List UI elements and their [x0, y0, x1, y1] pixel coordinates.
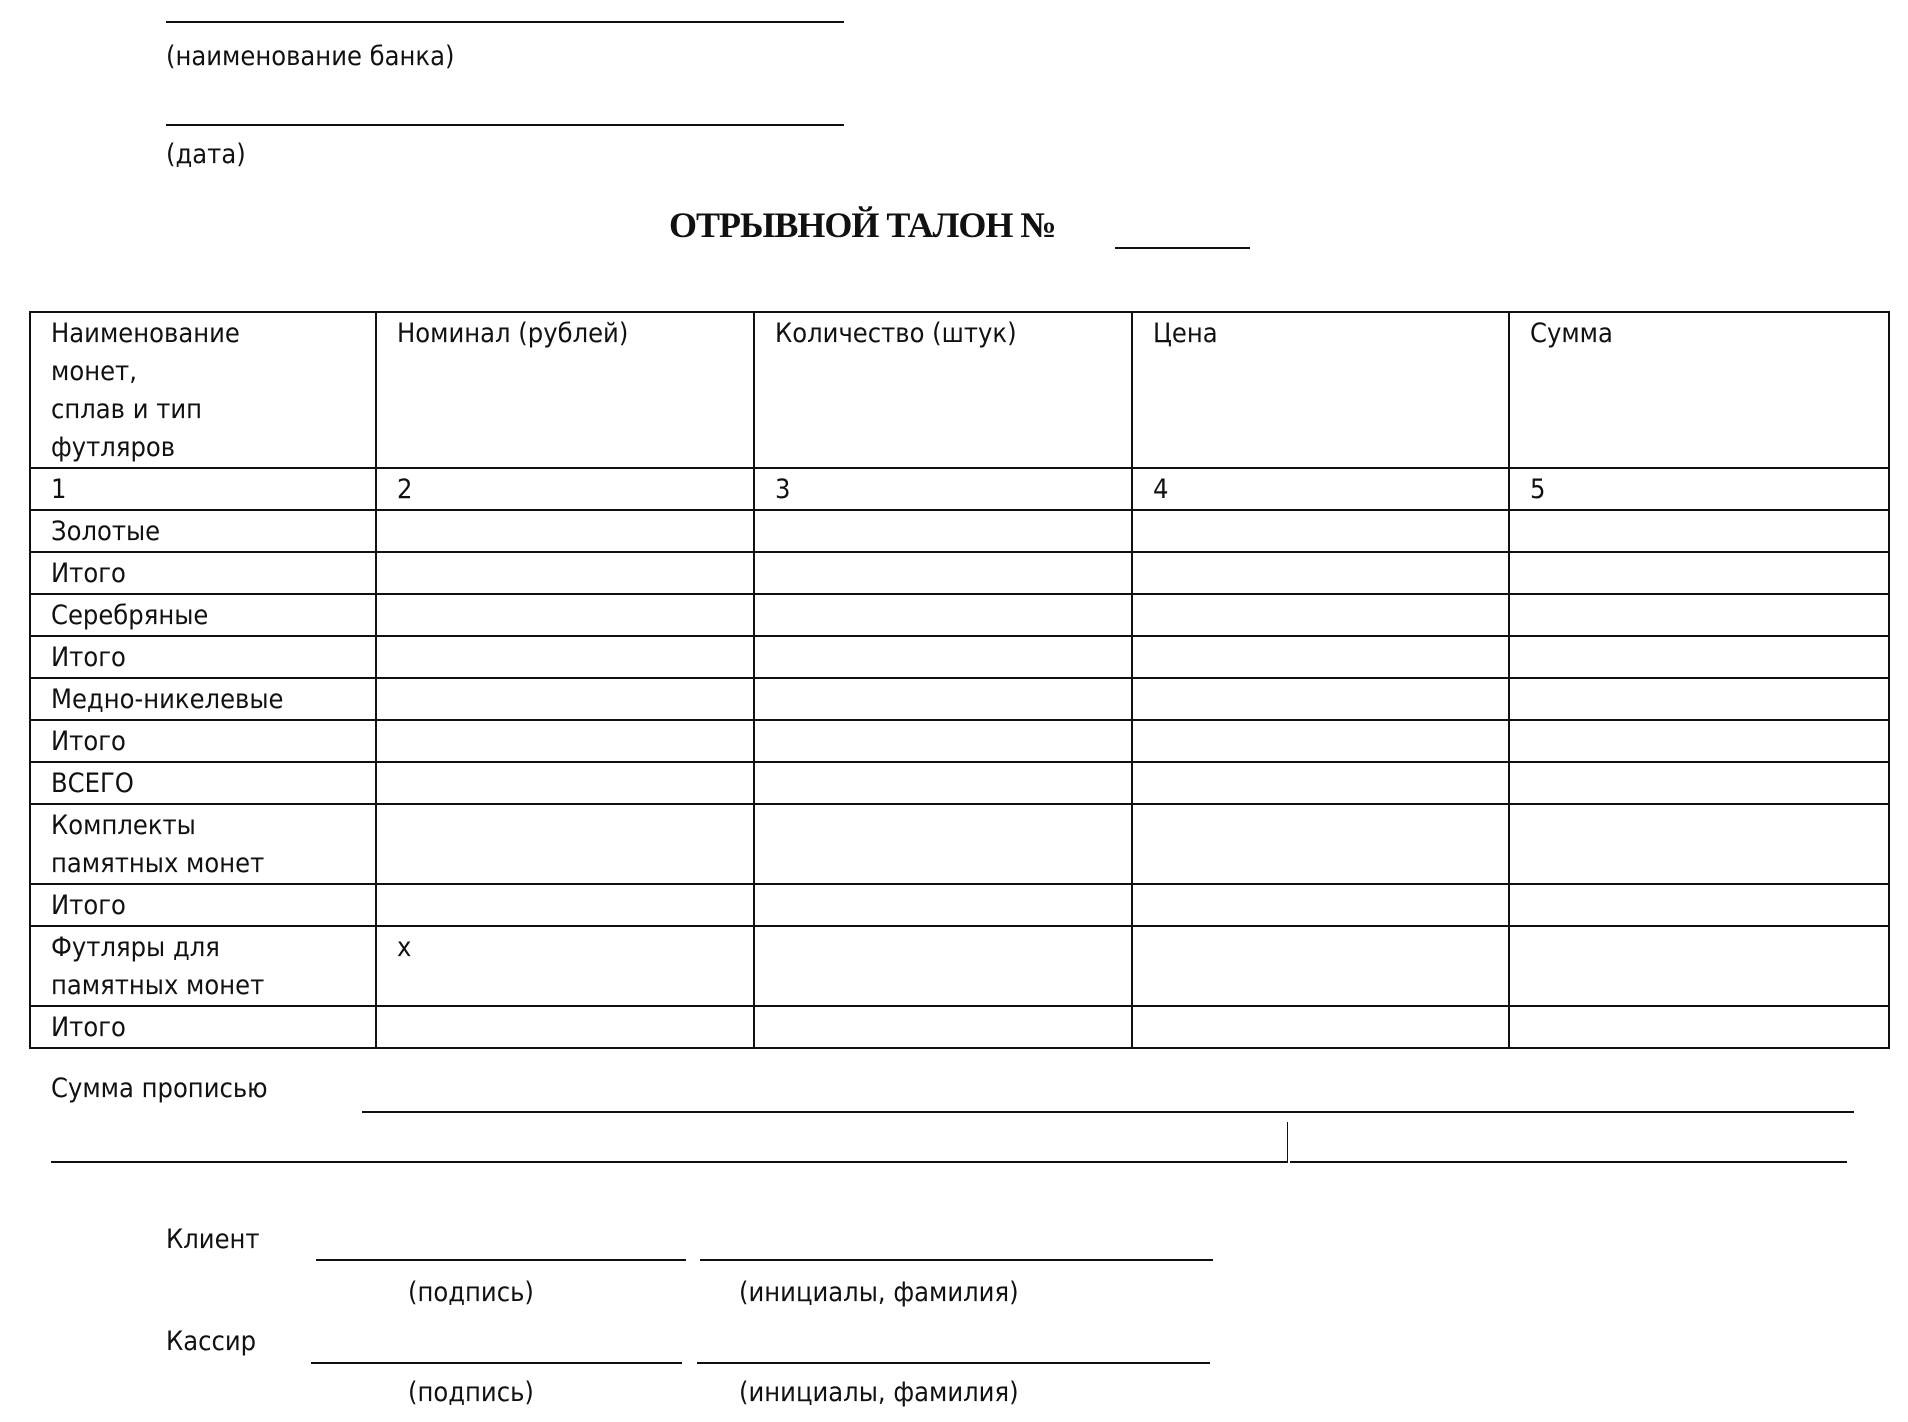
column-number-label: 3: [775, 471, 790, 509]
amount-in-words-line-1[interactable]: [362, 1111, 1854, 1113]
table-row: Серебряные: [30, 594, 1889, 636]
cell-quantity[interactable]: [754, 594, 1132, 636]
cell-sum[interactable]: [1509, 510, 1889, 552]
column-header-label: Цена: [1153, 315, 1218, 353]
row-label: Итого: [51, 1009, 126, 1047]
cell-nominal[interactable]: [376, 636, 754, 678]
cell-quantity[interactable]: [754, 926, 1132, 1006]
row-label: Комплекты памятных монет: [51, 807, 264, 883]
row-label: Серебряные: [51, 597, 208, 635]
cell-quantity[interactable]: [754, 678, 1132, 720]
row-label: Футляры для памятных монет: [51, 929, 264, 1005]
cell-nominal[interactable]: [376, 720, 754, 762]
row-label-cell: Футляры для памятных монет: [30, 926, 376, 1006]
row-label: Итого: [51, 887, 126, 925]
row-label: Итого: [51, 723, 126, 761]
cell-price[interactable]: [1132, 804, 1509, 884]
column-header-label: Количество (штук): [775, 315, 1017, 353]
coupon-number-line[interactable]: [1115, 247, 1250, 249]
bank-name-label: (наименование банка): [166, 38, 454, 76]
cell-nominal[interactable]: [376, 762, 754, 804]
client-name-line[interactable]: [700, 1259, 1213, 1261]
row-label-cell: Медно-никелевые: [30, 678, 376, 720]
date-line[interactable]: [166, 124, 844, 126]
cell-price[interactable]: [1132, 884, 1509, 926]
column-header: Цена: [1132, 312, 1509, 468]
cell-quantity[interactable]: [754, 636, 1132, 678]
cell-quantity[interactable]: [754, 804, 1132, 884]
row-label-cell: Итого: [30, 720, 376, 762]
cell-sum[interactable]: [1509, 720, 1889, 762]
amount-in-words-line-2b[interactable]: [1290, 1161, 1847, 1163]
row-label-cell: Итого: [30, 1006, 376, 1048]
column-number: 4: [1132, 468, 1509, 510]
coupon-table: Наименование монет, сплав и тип футляров…: [29, 311, 1890, 1049]
cell-nominal[interactable]: [376, 884, 754, 926]
cell-quantity[interactable]: [754, 884, 1132, 926]
column-header: Количество (штук): [754, 312, 1132, 468]
table-header-row: Наименование монет, сплав и тип футляров…: [30, 312, 1889, 468]
table-row: Комплекты памятных монет: [30, 804, 1889, 884]
bank-name-line[interactable]: [166, 21, 844, 23]
cashier-signature-caption: (подпись): [408, 1374, 534, 1412]
cell-nominal[interactable]: [376, 552, 754, 594]
cell-price[interactable]: [1132, 552, 1509, 594]
row-label-cell: ВСЕГО: [30, 762, 376, 804]
cell-nominal[interactable]: [376, 804, 754, 884]
cell-price[interactable]: [1132, 510, 1509, 552]
cell-sum[interactable]: [1509, 594, 1889, 636]
row-label-cell: Итого: [30, 552, 376, 594]
column-header-label: Номинал (рублей): [397, 315, 628, 353]
row-label: Медно-никелевые: [51, 681, 283, 719]
column-number: 2: [376, 468, 754, 510]
column-header-label: Сумма: [1530, 315, 1613, 353]
cell-quantity[interactable]: [754, 1006, 1132, 1048]
row-label-cell: Итого: [30, 636, 376, 678]
cell-nominal[interactable]: [376, 678, 754, 720]
column-header: Сумма: [1509, 312, 1889, 468]
row-label: Золотые: [51, 513, 160, 551]
cell-sum[interactable]: [1509, 678, 1889, 720]
cashier-name-line[interactable]: [697, 1362, 1210, 1364]
row-label: Итого: [51, 555, 126, 593]
amount-in-words-line-2a[interactable]: [51, 1161, 1287, 1163]
cell-quantity[interactable]: [754, 552, 1132, 594]
table-row: Итого: [30, 552, 1889, 594]
amount-divider: [1287, 1122, 1288, 1163]
cashier-label: Кассир: [166, 1323, 256, 1361]
cell-price[interactable]: [1132, 926, 1509, 1006]
cell-sum[interactable]: [1509, 926, 1889, 1006]
page-title: ОТРЫВНОЙ ТАЛОН №: [669, 204, 1056, 246]
column-number-label: 1: [51, 471, 66, 509]
column-number-label: 4: [1153, 471, 1168, 509]
table-row: Футляры для памятных монетx: [30, 926, 1889, 1006]
cell-nominal[interactable]: [376, 1006, 754, 1048]
cell-price[interactable]: [1132, 720, 1509, 762]
date-label: (дата): [166, 136, 246, 174]
row-label-cell: Золотые: [30, 510, 376, 552]
column-header: Номинал (рублей): [376, 312, 754, 468]
cell-quantity[interactable]: [754, 720, 1132, 762]
cell-nominal[interactable]: x: [376, 926, 754, 1006]
column-number: 1: [30, 468, 376, 510]
cell-sum[interactable]: [1509, 762, 1889, 804]
cell-sum[interactable]: [1509, 884, 1889, 926]
column-number-row: 12345: [30, 468, 1889, 510]
table-row: Золотые: [30, 510, 1889, 552]
cell-quantity[interactable]: [754, 510, 1132, 552]
cell-price[interactable]: [1132, 1006, 1509, 1048]
client-label: Клиент: [166, 1221, 260, 1259]
cell-nominal[interactable]: [376, 594, 754, 636]
cashier-signature-line[interactable]: [311, 1362, 682, 1364]
column-header: Наименование монет, сплав и тип футляров: [30, 312, 376, 468]
cell-sum[interactable]: [1509, 1006, 1889, 1048]
column-number: 3: [754, 468, 1132, 510]
column-header-label: Наименование монет, сплав и тип футляров: [51, 315, 240, 467]
table-row: Итого: [30, 720, 1889, 762]
table-row: Итого: [30, 1006, 1889, 1048]
client-name-caption: (инициалы, фамилия): [739, 1274, 1019, 1312]
cashier-name-caption: (инициалы, фамилия): [739, 1374, 1019, 1412]
table-row: ВСЕГО: [30, 762, 1889, 804]
cell-quantity[interactable]: [754, 762, 1132, 804]
client-signature-line[interactable]: [316, 1259, 686, 1261]
table-row: Медно-никелевые: [30, 678, 1889, 720]
column-number-label: 2: [397, 471, 412, 509]
cell-price[interactable]: [1132, 678, 1509, 720]
row-label: Итого: [51, 639, 126, 677]
cell-sum[interactable]: [1509, 636, 1889, 678]
column-number-label: 5: [1530, 471, 1545, 509]
cell-sum[interactable]: [1509, 804, 1889, 884]
amount-in-words-label: Сумма прописью: [51, 1070, 268, 1108]
cell-nominal[interactable]: [376, 510, 754, 552]
column-number: 5: [1509, 468, 1889, 510]
cell-sum[interactable]: [1509, 552, 1889, 594]
row-label-cell: Комплекты памятных монет: [30, 804, 376, 884]
cell-price[interactable]: [1132, 762, 1509, 804]
row-label: ВСЕГО: [51, 765, 134, 803]
cell-value-nominal: x: [397, 929, 411, 967]
row-label-cell: Итого: [30, 884, 376, 926]
row-label-cell: Серебряные: [30, 594, 376, 636]
client-signature-caption: (подпись): [408, 1274, 534, 1312]
table-row: Итого: [30, 636, 1889, 678]
cell-price[interactable]: [1132, 594, 1509, 636]
cell-price[interactable]: [1132, 636, 1509, 678]
table-row: Итого: [30, 884, 1889, 926]
